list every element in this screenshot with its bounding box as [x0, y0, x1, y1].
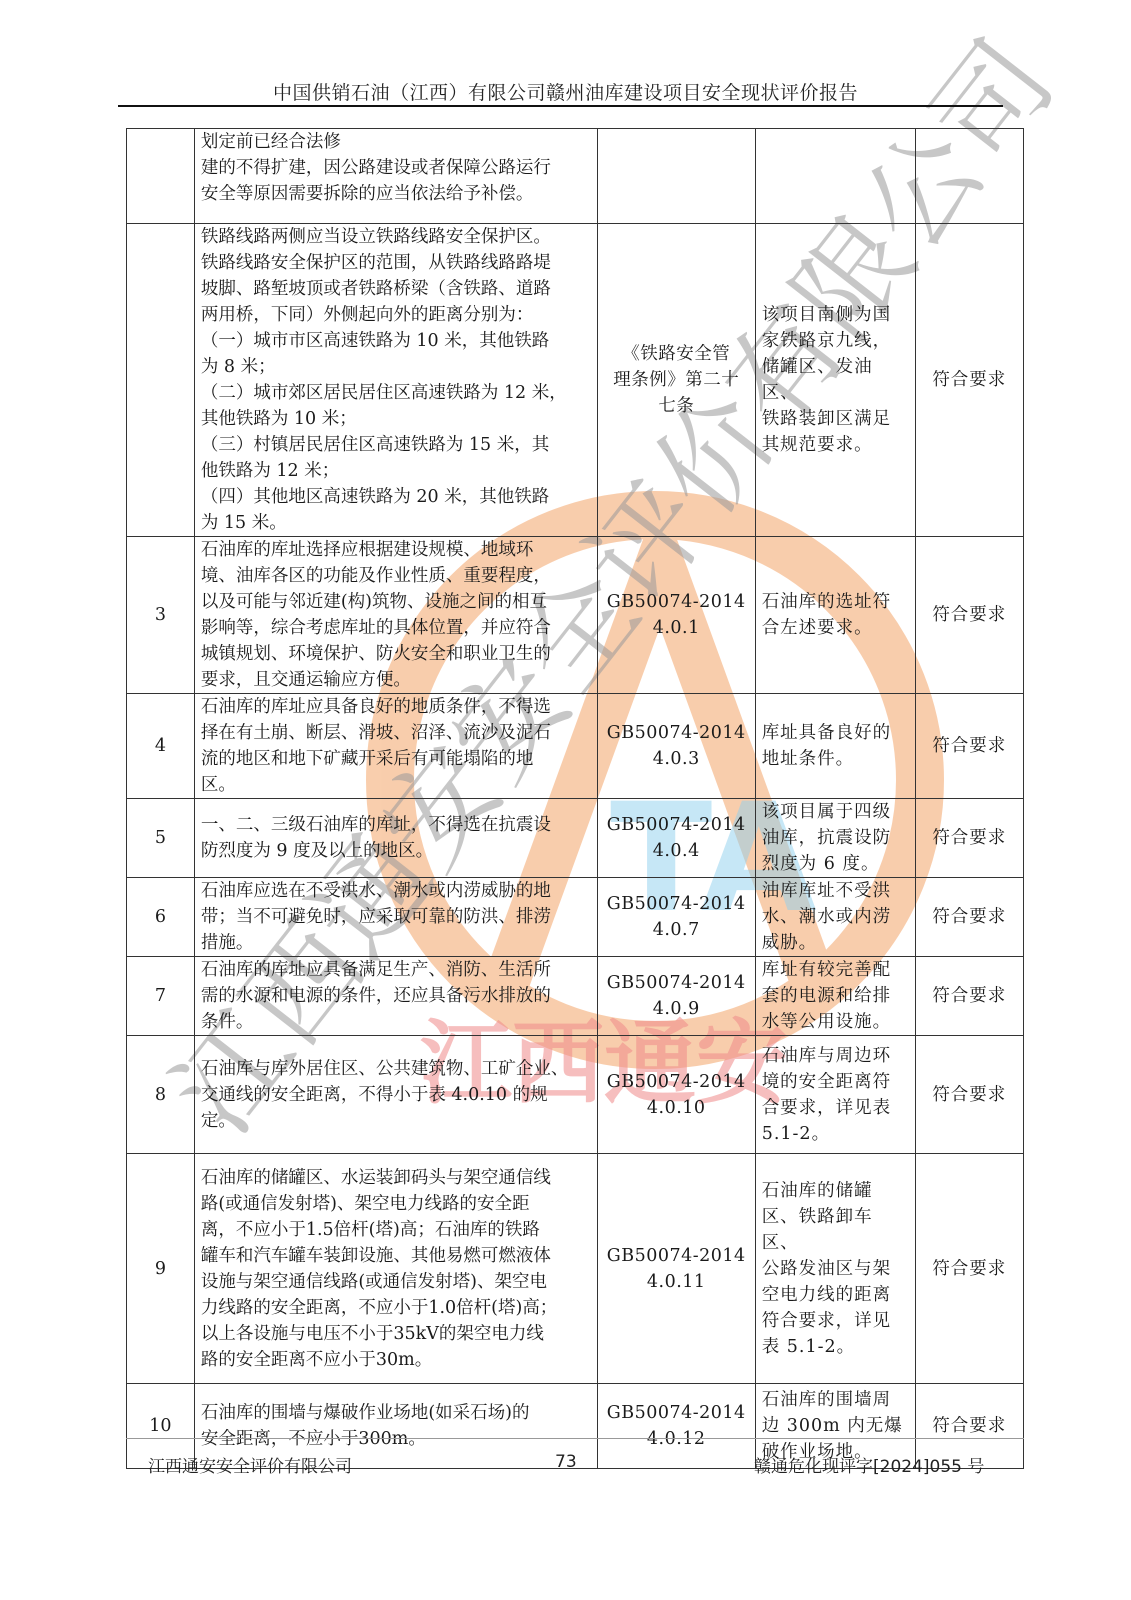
requirement-cell-line: 石油库与库外居住区、公共建筑物、工矿企业、 — [201, 1056, 591, 1082]
result-cell: 符合要求 — [915, 799, 1023, 878]
actual-status-cell-line: 公路发油区与架 — [762, 1256, 909, 1282]
table-row: 4石油库的库址应具备良好的地质条件，不得选择在有土崩、断层、滑坡、沼泽、流沙及泥… — [127, 694, 1024, 799]
actual-status-cell: 石油库的选址符合左述要求。 — [755, 537, 915, 694]
actual-status-cell-line: 符合要求，详见 — [762, 1308, 909, 1334]
result-cell: 符合要求 — [915, 537, 1023, 694]
actual-status-cell-line: 水等公用设施。 — [762, 1009, 909, 1035]
page-header-title: 中国供销石油（江西）有限公司赣州油库建设项目安全现状评价报告 — [0, 78, 1131, 105]
basis-cell-line: 4.0.11 — [604, 1269, 749, 1295]
actual-status-cell: 库址有较完善配套的电源和给排水等公用设施。 — [755, 957, 915, 1036]
actual-status-cell-line: 该项目属于四级 — [762, 799, 909, 825]
basis-cell: GB50074-20144.0.9 — [597, 957, 755, 1036]
basis-cell-line: 4.0.4 — [604, 838, 749, 864]
actual-status-cell-line: 合要求，详见表 — [762, 1095, 909, 1121]
header-divider — [118, 105, 1003, 107]
actual-status-cell-line: 库址具备良好的 — [762, 720, 909, 746]
row-number — [127, 129, 195, 224]
table-row: 划定前已经合法修建的不得扩建，因公路建设或者保障公路运行安全等原因需要拆除的应当… — [127, 129, 1024, 224]
requirement-cell-line: 石油库的储罐区、水运装卸码头与架空通信线 — [201, 1165, 591, 1191]
actual-status-cell — [755, 129, 915, 224]
result-cell: 符合要求 — [915, 1036, 1023, 1154]
footer-company: 江西通安安全评价有限公司 — [148, 1452, 352, 1477]
requirement-cell-line: 坡脚、路堑坡顶或者铁路桥梁（含铁路、道路 — [201, 276, 591, 302]
table-row: 9石油库的储罐区、水运装卸码头与架空通信线路(或通信发射塔)、架空电力线路的安全… — [127, 1154, 1024, 1384]
actual-status-cell: 库址具备良好的地址条件。 — [755, 694, 915, 799]
requirement-cell-line: 铁路线路两侧应当设立铁路线路安全保护区。 — [201, 224, 591, 250]
basis-cell-line: GB50074-2014 — [604, 1243, 749, 1269]
actual-status-cell-line: 石油库的储罐 — [762, 1178, 909, 1204]
row-number: 5 — [127, 799, 195, 878]
requirement-cell-line: 设施与架空通信线路(或通信发射塔)、架空电 — [201, 1269, 591, 1295]
requirement-cell: 石油库的储罐区、水运装卸码头与架空通信线路(或通信发射塔)、架空电力线路的安全距… — [194, 1154, 597, 1384]
requirement-cell-line: 石油库的库址应具备良好的地质条件，不得选 — [201, 694, 591, 720]
footer-divider — [126, 1438, 1024, 1439]
actual-status-cell: 油库库址不受洪水、潮水或内涝威胁。 — [755, 878, 915, 957]
requirement-cell-line: 两用桥，下同）外侧起向外的距离分别为： — [201, 302, 591, 328]
requirement-cell-line: （一）城市市区高速铁路为 10 米，其他铁路 — [201, 328, 591, 354]
actual-status-cell-line: 石油库与周边环 — [762, 1043, 909, 1069]
basis-cell-line: GB50074-2014 — [604, 970, 749, 996]
requirement-cell: 一、二、三级石油库的库址，不得选在抗震设防烈度为 9 度及以上的地区。 — [194, 799, 597, 878]
row-number: 6 — [127, 878, 195, 957]
requirement-cell-line: 他铁路为 12 米； — [201, 458, 591, 484]
basis-cell-line: GB50074-2014 — [604, 891, 749, 917]
table-row: 3石油库的库址选择应根据建设规模、地域环境、油库各区的功能及作业性质、重要程度，… — [127, 537, 1024, 694]
result-cell: 符合要求 — [915, 224, 1023, 537]
requirement-cell-line: 石油库的库址应具备满足生产、消防、生活所 — [201, 957, 591, 983]
requirement-cell-line: （四）其他地区高速铁路为 20 米，其他铁路 — [201, 484, 591, 510]
actual-status-cell-line: 地址条件。 — [762, 746, 909, 772]
actual-status-cell: 石油库与周边环境的安全距离符合要求，详见表5.1-2。 — [755, 1036, 915, 1154]
requirement-cell-line: 需的水源和电源的条件，还应具备污水排放的 — [201, 983, 591, 1009]
requirement-cell-line: 划定前已经合法修 — [201, 129, 591, 155]
actual-status-cell-line: 5.1-2。 — [762, 1121, 909, 1147]
requirement-cell-line: 力线路的安全距离，不应小于1.0倍杆(塔)高； — [201, 1295, 591, 1321]
requirement-cell-line: 带；当不可避免时，应采取可靠的防洪、排涝 — [201, 904, 591, 930]
basis-cell-line: GB50074-2014 — [604, 720, 749, 746]
requirement-cell-line: 择在有土崩、断层、滑坡、沼泽、流沙及泥石 — [201, 720, 591, 746]
requirement-cell: 划定前已经合法修建的不得扩建，因公路建设或者保障公路运行安全等原因需要拆除的应当… — [194, 129, 597, 224]
row-number: 7 — [127, 957, 195, 1036]
actual-status-cell-line: 库址有较完善配 — [762, 957, 909, 983]
actual-status-cell-line: 空电力线的距离 — [762, 1282, 909, 1308]
requirement-cell-line: 流的地区和地下矿藏开采后有可能塌陷的地 — [201, 746, 591, 772]
compliance-table: 划定前已经合法修建的不得扩建，因公路建设或者保障公路运行安全等原因需要拆除的应当… — [126, 128, 1024, 1469]
actual-status-cell-line: 油库库址不受洪 — [762, 878, 909, 904]
table-row: 5一、二、三级石油库的库址，不得选在抗震设防烈度为 9 度及以上的地区。GB50… — [127, 799, 1024, 878]
basis-cell: GB50074-20144.0.4 — [597, 799, 755, 878]
actual-status-cell-line: 套的电源和给排 — [762, 983, 909, 1009]
requirement-cell-line: 安全等原因需要拆除的应当依法给予补偿。 — [201, 181, 591, 207]
basis-cell-line: 理条例》第二十 — [604, 367, 749, 393]
actual-status-cell-line: 油库，抗震设防 — [762, 825, 909, 851]
row-number: 8 — [127, 1036, 195, 1154]
actual-status-cell-line: 表 5.1-2。 — [762, 1334, 909, 1360]
actual-status-cell-line: 威胁。 — [762, 930, 909, 956]
table-row: 7石油库的库址应具备满足生产、消防、生活所需的水源和电源的条件，还应具备污水排放… — [127, 957, 1024, 1036]
basis-cell-line: 4.0.7 — [604, 917, 749, 943]
requirement-cell-line: 区。 — [201, 772, 591, 798]
basis-cell: GB50074-20144.0.10 — [597, 1036, 755, 1154]
requirement-cell-line: 一、二、三级石油库的库址，不得选在抗震设 — [201, 812, 591, 838]
actual-status-cell-line: 境的安全距离符 — [762, 1069, 909, 1095]
requirement-cell-line: 铁路线路安全保护区的范围，从铁路线路路堤 — [201, 250, 591, 276]
actual-status-cell-line: 储罐区、发油区、 — [762, 354, 909, 406]
requirement-cell-line: 为 15 米。 — [201, 510, 591, 536]
basis-cell-line: GB50074-2014 — [604, 812, 749, 838]
requirement-cell-line: 安全距离，不应小于300m。 — [201, 1426, 591, 1452]
requirement-cell-line: 路的安全距离不应小于30m。 — [201, 1347, 591, 1373]
requirement-cell: 石油库的库址应具备满足生产、消防、生活所需的水源和电源的条件，还应具备污水排放的… — [194, 957, 597, 1036]
requirement-cell: 铁路线路两侧应当设立铁路线路安全保护区。铁路线路安全保护区的范围，从铁路线路路堤… — [194, 224, 597, 537]
row-number: 4 — [127, 694, 195, 799]
row-number — [127, 224, 195, 537]
basis-cell-line: GB50074-2014 — [604, 1400, 749, 1426]
actual-status-cell-line: 石油库的围墙周 — [762, 1387, 909, 1413]
basis-cell-line: GB50074-2014 — [604, 589, 749, 615]
table-row: 铁路线路两侧应当设立铁路线路安全保护区。铁路线路安全保护区的范围，从铁路线路路堤… — [127, 224, 1024, 537]
actual-status-cell-line: 水、潮水或内涝 — [762, 904, 909, 930]
basis-cell-line: 4.0.3 — [604, 746, 749, 772]
basis-cell-line: 4.0.10 — [604, 1095, 749, 1121]
requirement-cell-line: 建的不得扩建，因公路建设或者保障公路运行 — [201, 155, 591, 181]
actual-status-cell-line: 石油库的选址符 — [762, 589, 909, 615]
result-cell: 符合要求 — [915, 878, 1023, 957]
requirement-cell-line: 罐车和汽车罐车装卸设施、其他易燃可燃液体 — [201, 1243, 591, 1269]
requirement-cell-line: 路(或通信发射塔)、架空电力线路的安全距 — [201, 1191, 591, 1217]
requirement-cell-line: （三）村镇居民居住区高速铁路为 15 米，其 — [201, 432, 591, 458]
requirement-cell: 石油库与库外居住区、公共建筑物、工矿企业、交通线的安全距离，不得小于表 4.0.… — [194, 1036, 597, 1154]
report-number: 赣通危化现评字[2024]055 号 — [754, 1452, 984, 1477]
basis-cell: GB50074-20144.0.12 — [597, 1384, 755, 1469]
requirement-cell-line: 要求，且交通运输应方便。 — [201, 667, 591, 693]
result-cell: 符合要求 — [915, 694, 1023, 799]
requirement-cell-line: 影响等，综合考虑库址的具体位置，并应符合 — [201, 615, 591, 641]
basis-cell-line: 《铁路安全管 — [604, 341, 749, 367]
basis-cell-line: 4.0.1 — [604, 615, 749, 641]
basis-cell: GB50074-20144.0.3 — [597, 694, 755, 799]
requirement-cell-line: 境、油库各区的功能及作业性质、重要程度， — [201, 563, 591, 589]
requirement-cell-line: 城镇规划、环境保护、防火安全和职业卫生的 — [201, 641, 591, 667]
requirement-cell-line: 离，不应小于1.5倍杆(塔)高；石油库的铁路 — [201, 1217, 591, 1243]
requirement-cell-line: 防烈度为 9 度及以上的地区。 — [201, 838, 591, 864]
basis-cell — [597, 129, 755, 224]
requirement-cell: 石油库的库址应具备良好的地质条件，不得选择在有土崩、断层、滑坡、沼泽、流沙及泥石… — [194, 694, 597, 799]
requirement-cell: 石油库的库址选择应根据建设规模、地域环境、油库各区的功能及作业性质、重要程度，以… — [194, 537, 597, 694]
requirement-cell-line: 条件。 — [201, 1009, 591, 1035]
row-number: 9 — [127, 1154, 195, 1384]
requirement-cell-line: 交通线的安全距离，不得小于表 4.0.10 的规 — [201, 1082, 591, 1108]
basis-cell: GB50074-20144.0.1 — [597, 537, 755, 694]
basis-cell-line: 4.0.9 — [604, 996, 749, 1022]
actual-status-cell: 该项目属于四级油库，抗震设防烈度为 6 度。 — [755, 799, 915, 878]
actual-status-cell: 石油库的储罐区、铁路卸车区、公路发油区与架空电力线的距离符合要求，详见表 5.1… — [755, 1154, 915, 1384]
table-row: 6石油库应选在不受洪水、潮水或内涝威胁的地带；当不可避免时，应采取可靠的防洪、排… — [127, 878, 1024, 957]
table-row: 8石油库与库外居住区、公共建筑物、工矿企业、交通线的安全距离，不得小于表 4.0… — [127, 1036, 1024, 1154]
result-cell: 符合要求 — [915, 1154, 1023, 1384]
requirement-cell-line: 以及可能与邻近建(构)筑物、设施之间的相互 — [201, 589, 591, 615]
actual-status-cell-line: 该项目南侧为国 — [762, 302, 909, 328]
actual-status-cell-line: 区、铁路卸车区、 — [762, 1204, 909, 1256]
actual-status-cell-line: 其规范要求。 — [762, 432, 909, 458]
requirement-cell-line: 石油库的库址选择应根据建设规模、地域环 — [201, 537, 591, 563]
page-number: 73 — [555, 1452, 577, 1472]
basis-cell: 《铁路安全管理条例》第二十七条 — [597, 224, 755, 537]
actual-status-cell-line: 家铁路京九线， — [762, 328, 909, 354]
basis-cell-line: 4.0.12 — [604, 1426, 749, 1452]
row-number: 3 — [127, 537, 195, 694]
requirement-cell-line: 以上各设施与电压不小于35kV的架空电力线 — [201, 1321, 591, 1347]
requirement-cell-line: 为 8 米； — [201, 354, 591, 380]
basis-cell-line: 七条 — [604, 393, 749, 419]
requirement-cell-line: 措施。 — [201, 930, 591, 956]
requirement-cell-line: （二）城市郊区居民居住区高速铁路为 12 米， — [201, 380, 591, 406]
result-cell — [915, 129, 1023, 224]
actual-status-cell-line: 合左述要求。 — [762, 615, 909, 641]
result-cell: 符合要求 — [915, 957, 1023, 1036]
basis-cell-line: GB50074-2014 — [604, 1069, 749, 1095]
basis-cell: GB50074-20144.0.11 — [597, 1154, 755, 1384]
actual-status-cell-line: 烈度为 6 度。 — [762, 851, 909, 877]
actual-status-cell-line: 边 300m 内无爆 — [762, 1413, 909, 1439]
requirement-cell-line: 石油库应选在不受洪水、潮水或内涝威胁的地 — [201, 878, 591, 904]
actual-status-cell-line: 铁路装卸区满足 — [762, 406, 909, 432]
requirement-cell-line: 其他铁路为 10 米； — [201, 406, 591, 432]
actual-status-cell: 该项目南侧为国家铁路京九线，储罐区、发油区、铁路装卸区满足其规范要求。 — [755, 224, 915, 537]
requirement-cell: 石油库应选在不受洪水、潮水或内涝威胁的地带；当不可避免时，应采取可靠的防洪、排涝… — [194, 878, 597, 957]
basis-cell: GB50074-20144.0.7 — [597, 878, 755, 957]
requirement-cell-line: 石油库的围墙与爆破作业场地(如采石场)的 — [201, 1400, 591, 1426]
requirement-cell-line: 定。 — [201, 1108, 591, 1134]
